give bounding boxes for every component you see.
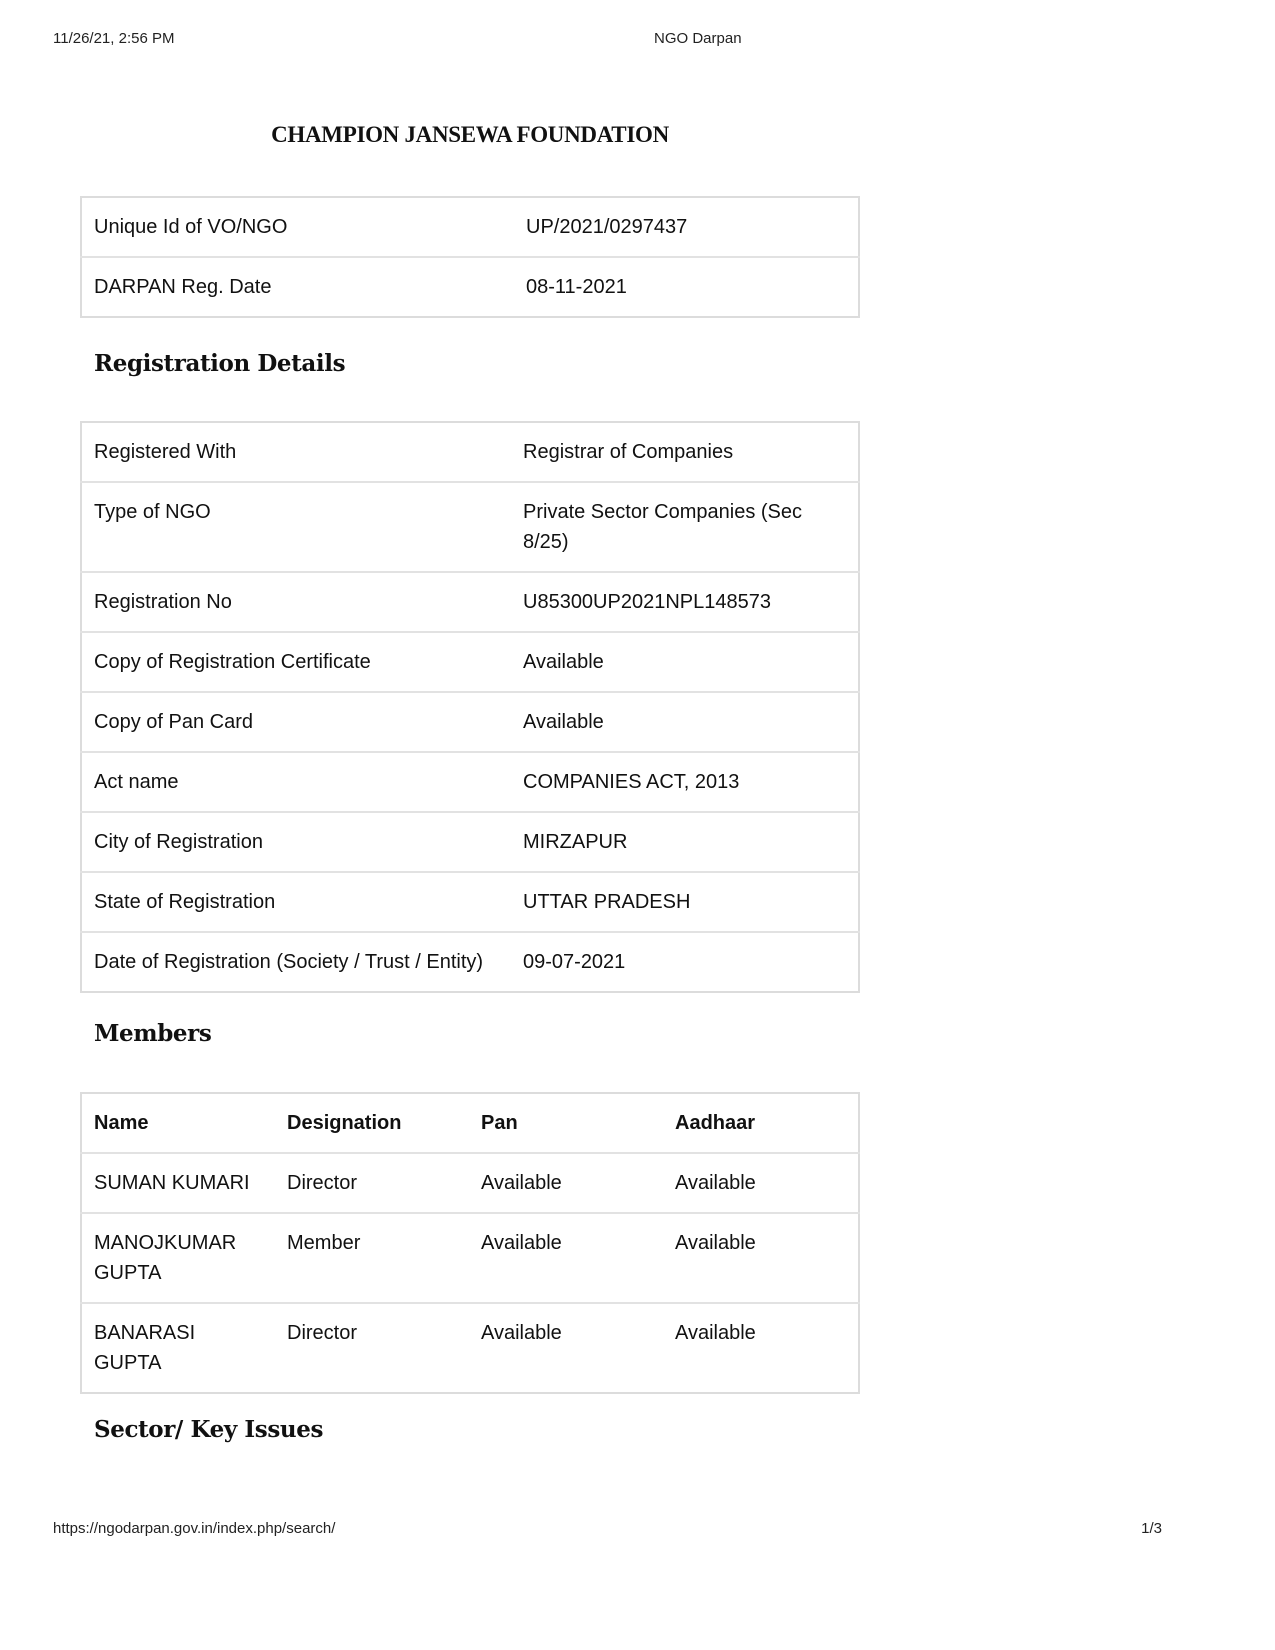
field-label: Registered With — [81, 422, 511, 482]
members-heading: Members — [94, 1020, 211, 1047]
table-row: DARPAN Reg. Date 08-11-2021 — [81, 257, 859, 317]
field-label: Act name — [81, 752, 511, 812]
print-datetime: 11/26/21, 2:56 PM — [53, 30, 174, 47]
org-name: CHAMPION JANSEWA FOUNDATION — [80, 122, 860, 148]
field-value: MIRZAPUR — [511, 812, 859, 872]
table-row: City of RegistrationMIRZAPUR — [81, 812, 859, 872]
column-header-name: Name — [81, 1093, 275, 1153]
field-value: COMPANIES ACT, 2013 — [511, 752, 859, 812]
column-header-designation: Designation — [275, 1093, 469, 1153]
sector-heading: Sector/ Key Issues — [94, 1416, 323, 1443]
member-pan: Available — [469, 1213, 663, 1303]
member-designation: Director — [275, 1153, 469, 1213]
table-row: Registration NoU85300UP2021NPL148573 — [81, 572, 859, 632]
table-header-row: Name Designation Pan Aadhaar — [81, 1093, 859, 1153]
registration-details-heading: Registration Details — [94, 350, 345, 377]
member-aadhaar: Available — [663, 1303, 859, 1393]
member-pan: Available — [469, 1153, 663, 1213]
table-row: MANOJKUMAR GUPTA Member Available Availa… — [81, 1213, 859, 1303]
field-value: Registrar of Companies — [511, 422, 859, 482]
members-table: Name Designation Pan Aadhaar SUMAN KUMAR… — [80, 1092, 860, 1394]
column-header-pan: Pan — [469, 1093, 663, 1153]
summary-label: Unique Id of VO/NGO — [81, 197, 514, 257]
table-row: Copy of Pan CardAvailable — [81, 692, 859, 752]
member-pan: Available — [469, 1303, 663, 1393]
table-row: Unique Id of VO/NGO UP/2021/0297437 — [81, 197, 859, 257]
registration-details-table: Registered WithRegistrar of Companies Ty… — [80, 421, 860, 993]
print-page-title: NGO Darpan — [654, 30, 742, 47]
member-designation: Director — [275, 1303, 469, 1393]
table-row: Copy of Registration CertificateAvailabl… — [81, 632, 859, 692]
column-header-aadhaar: Aadhaar — [663, 1093, 859, 1153]
field-label: Copy of Registration Certificate — [81, 632, 511, 692]
print-page-number: 1/3 — [1141, 1520, 1162, 1537]
field-value: Available — [511, 632, 859, 692]
field-label: Type of NGO — [81, 482, 511, 572]
field-value: 09-07-2021 — [511, 932, 859, 992]
table-row: Type of NGOPrivate Sector Companies (Sec… — [81, 482, 859, 572]
table-row: State of RegistrationUTTAR PRADESH — [81, 872, 859, 932]
member-aadhaar: Available — [663, 1153, 859, 1213]
member-designation: Member — [275, 1213, 469, 1303]
field-value: U85300UP2021NPL148573 — [511, 572, 859, 632]
summary-value: 08-11-2021 — [514, 257, 859, 317]
print-url: https://ngodarpan.gov.in/index.php/searc… — [53, 1520, 335, 1537]
member-aadhaar: Available — [663, 1213, 859, 1303]
field-value: Private Sector Companies (Sec 8/25) — [511, 482, 859, 572]
field-label: Registration No — [81, 572, 511, 632]
member-name: SUMAN KUMARI — [81, 1153, 275, 1213]
field-value: Available — [511, 692, 859, 752]
table-row: BANARASI GUPTA Director Available Availa… — [81, 1303, 859, 1393]
summary-value: UP/2021/0297437 — [514, 197, 859, 257]
table-row: Act nameCOMPANIES ACT, 2013 — [81, 752, 859, 812]
field-label: State of Registration — [81, 872, 511, 932]
table-row: Date of Registration (Society / Trust / … — [81, 932, 859, 992]
field-label: Date of Registration (Society / Trust / … — [81, 932, 511, 992]
summary-label: DARPAN Reg. Date — [81, 257, 514, 317]
table-row: SUMAN KUMARI Director Available Availabl… — [81, 1153, 859, 1213]
field-label: City of Registration — [81, 812, 511, 872]
table-row: Registered WithRegistrar of Companies — [81, 422, 859, 482]
summary-table: Unique Id of VO/NGO UP/2021/0297437 DARP… — [80, 196, 860, 318]
field-value: UTTAR PRADESH — [511, 872, 859, 932]
field-label: Copy of Pan Card — [81, 692, 511, 752]
member-name: MANOJKUMAR GUPTA — [81, 1213, 275, 1303]
member-name: BANARASI GUPTA — [81, 1303, 275, 1393]
